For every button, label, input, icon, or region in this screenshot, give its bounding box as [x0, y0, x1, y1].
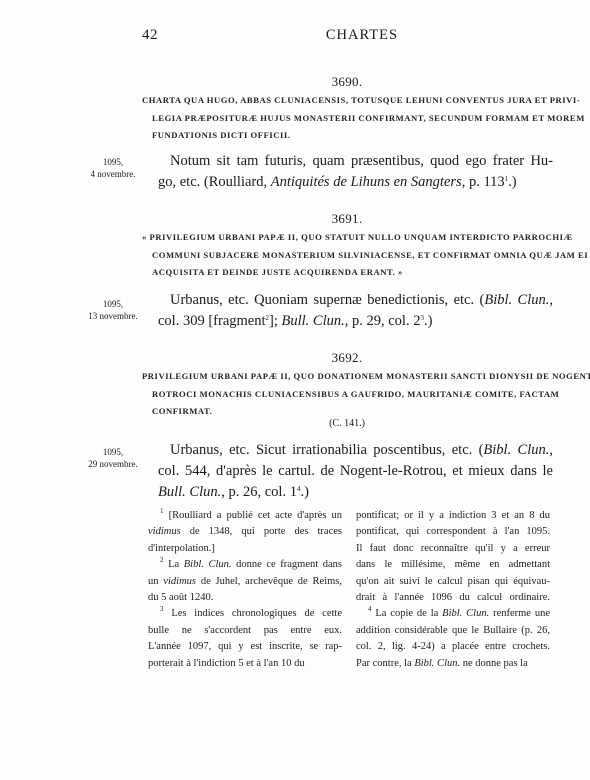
running-head: 42 CHARTES [142, 27, 552, 47]
charter-text-3691: Urbanus, etc. Quoniam supernæ benedictio… [158, 290, 553, 332]
charter-rubric-3691: « PRIVILEGIUM URBANI PAPÆ II, QUO STATUI… [142, 229, 552, 282]
charter-number-3690: 3690. [142, 74, 552, 90]
footnote-line: drait à l'année 1096 du calcul ordinaire… [356, 590, 550, 606]
footnote-line: porterait à l'indiction 5 et à l'an 10 d… [148, 656, 342, 672]
footnotes-left-column: 1 [Roulliard a publié cet acte d'après u… [148, 508, 342, 672]
text-line: col. 309 [fragment2]; Bull. Clun., p. 29… [158, 311, 553, 332]
text-line: go, etc. (Roulliard, Antiquités de Lihun… [158, 172, 553, 193]
text-line: col. 544, d'après le cartul. de Nogent-l… [158, 461, 553, 482]
charter-text-3690: Notum sit tam futuris, quam præsentibus,… [158, 151, 553, 193]
date-day: 29 novembre. [72, 458, 154, 470]
footnotes: 1 [Roulliard a publié cet acte d'après u… [148, 508, 554, 648]
footnote-line: addition considérable que le Bullaire (p… [356, 623, 550, 639]
footnote-line: pontificat; or il y a indiction 3 et an … [356, 508, 550, 524]
text-line: Bull. Clun., p. 26, col. 14.) [158, 482, 553, 503]
charter-rubric-3692: PRIVILEGIUM URBANI PAPÆ II, QUO DONATION… [142, 368, 552, 421]
rubric-line: ACQUISITA ET DEINDE JUSTE ACQUIRENDA ERA… [142, 264, 552, 282]
charter-number-3692: 3692. [142, 350, 552, 366]
footnote-line: un vidimus de Juhel, archevêque de Reims… [148, 574, 342, 590]
margin-date-3692: 1095, 29 novembre. [72, 446, 154, 470]
date-year: 1095, [72, 446, 154, 458]
rubric-line: ROTROCI MONACHIS CLUNIACENSIBUS A GAUFRI… [142, 386, 552, 404]
date-year: 1095, [72, 156, 154, 168]
date-day: 4 novembre. [72, 168, 154, 180]
rubric-line: FUNDATIONIS DICTI OFFICII. [142, 127, 552, 145]
footnote-line: Il faut donc reconnaître qu'il y a erreu… [356, 541, 550, 557]
date-year: 1095, [72, 298, 154, 310]
footnote-line: col. 2, lig. 4-24) a placée entre croche… [356, 639, 550, 655]
rubric-line: COMMUNI SUBJACERE MONASTERIUM SILVINIACE… [142, 247, 552, 265]
running-title: CHARTES [142, 27, 552, 44]
footnote-line: vidimus de 1348, qui porte des traces [148, 524, 342, 540]
rubric-line: CHARTA QUA HUGO, ABBAS CLUNIACENSIS, TOT… [142, 92, 552, 110]
footnote-line: dans le millésime, même en admettant [356, 557, 550, 573]
footnotes-right-column: pontificat; or il y a indiction 3 et an … [356, 508, 550, 672]
rubric-line: PRIVILEGIUM URBANI PAPÆ II, QUO DONATION… [142, 368, 552, 386]
footnote-line: L'année 1097, qui y est inscrite, se rap… [148, 639, 342, 655]
footnote-line: 1 [Roulliard a publié cet acte d'après u… [148, 508, 342, 524]
document-page: 42 CHARTES 3690. CHARTA QUA HUGO, ABBAS … [0, 0, 590, 780]
footnote-line: pontificat, qui correspondent à l'an 109… [356, 524, 550, 540]
footnote-line: 4 La copie de la Bibl. Clun. renferme un… [356, 606, 550, 622]
text-line: Urbanus, etc. Sicut irrationabilia posce… [158, 440, 553, 461]
footnote-line: 3 Les indices chronologiques de cette [148, 606, 342, 622]
footnote-line: 2 La Bibl. Clun. donne ce fragment dans [148, 557, 342, 573]
margin-date-3690: 1095, 4 novembre. [72, 156, 154, 180]
date-day: 13 novembre. [72, 310, 154, 322]
margin-date-3691: 1095, 13 novembre. [72, 298, 154, 322]
charter-text-3692: Urbanus, etc. Sicut irrationabilia posce… [158, 440, 553, 503]
text-line: Urbanus, etc. Quoniam supernæ benedictio… [158, 290, 553, 311]
footnote-line: bulle ne s'accordent pas entre eux. [148, 623, 342, 639]
source-reference: (C. 141.) [142, 418, 552, 429]
charter-rubric-3690: CHARTA QUA HUGO, ABBAS CLUNIACENSIS, TOT… [142, 92, 552, 145]
footnote-line: d'interpolation.] [148, 541, 342, 557]
footnote-line: Par contre, la Bibl. Clun. ne donne pas … [356, 656, 550, 672]
rubric-line: LEGIA PRÆPOSITURÆ HUJUS MONASTERII CONFI… [142, 110, 552, 128]
charter-number-3691: 3691. [142, 211, 552, 227]
footnote-line: du 5 août 1240. [148, 590, 342, 606]
text-line: Notum sit tam futuris, quam præsentibus,… [158, 151, 553, 172]
rubric-line: « PRIVILEGIUM URBANI PAPÆ II, QUO STATUI… [142, 229, 552, 247]
footnote-line: qu'on ait suivi le calcul pisan qui équi… [356, 574, 550, 590]
